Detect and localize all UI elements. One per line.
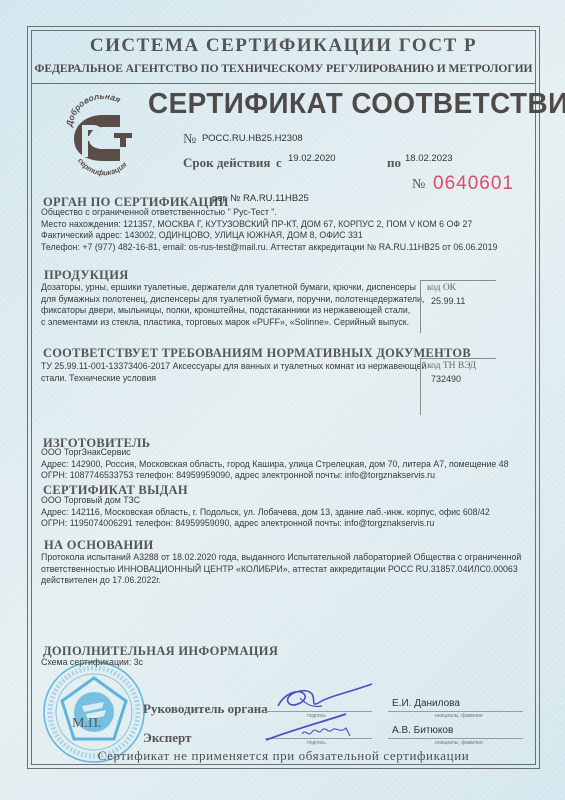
ok-code-box: код ОК 25.99.11 bbox=[420, 280, 496, 333]
ok-code-value: 25.99.11 bbox=[421, 295, 496, 307]
conformity-line: ТУ 25.99.11-001-13373406-2017 Аксессуары… bbox=[41, 361, 426, 373]
basis-line: Протокола испытаний А3288 от 18.02.2020 … bbox=[41, 552, 521, 564]
issued-to-line: ОГРН: 1195074006291 телефон: 84959959090… bbox=[41, 518, 490, 530]
valid-to-date: 18.02.2023 bbox=[405, 153, 453, 164]
basis-heading: НА ОСНОВАНИИ bbox=[44, 538, 154, 553]
head-name-caption: инициалы, фамилия bbox=[435, 713, 483, 719]
product-line: для бумажных полотенец, диспенсеры для т… bbox=[41, 294, 424, 306]
product-heading: ПРОДУКЦИЯ bbox=[44, 268, 129, 283]
tnved-code-box: код ТН ВЭД 732490 bbox=[420, 358, 496, 415]
validity-label: Срок действия bbox=[183, 155, 270, 171]
certification-body-line: Место нахождения: 121357, МОСКВА Г, КУТУ… bbox=[41, 219, 497, 231]
stamp-label: М.П. bbox=[72, 716, 102, 732]
cert-number-label: № bbox=[183, 132, 196, 148]
manufacturer-line: Адрес: 142900, Россия, Московская област… bbox=[41, 459, 509, 471]
certification-body-line: Телефон: +7 (977) 482-16-81, email: os-r… bbox=[41, 242, 497, 254]
manufacturer-line: ОГРН: 1087746533753 телефон: 84959959090… bbox=[41, 470, 509, 482]
issued-to-details: ООО Торговый дом ТЗС Адрес: 142116, Моск… bbox=[41, 495, 490, 530]
valid-to-label: по bbox=[387, 155, 401, 171]
ok-code-label: код ОК bbox=[421, 281, 496, 295]
voluntary-certification-notice: Сертификат не применяется при обязательн… bbox=[31, 748, 536, 764]
document-title: СЕРТИФИКАТ СООТВЕТСТВИЯ bbox=[148, 88, 565, 121]
issued-to-line: Адрес: 142116, Московская область, г. По… bbox=[41, 507, 490, 519]
manufacturer-details: ООО ТоргЗнакСервис Адрес: 142900, Россия… bbox=[41, 447, 509, 482]
expert-signature-icon bbox=[262, 712, 372, 744]
head-name-line bbox=[388, 711, 523, 712]
form-number-label: № bbox=[412, 177, 425, 193]
product-description: Дозаторы, урны, ершики туалетные, держат… bbox=[41, 282, 424, 328]
cert-number: РОСС.RU.НВ25.Н2308 bbox=[202, 133, 303, 144]
product-line: Дозаторы, урны, ершики туалетные, держат… bbox=[41, 282, 424, 294]
expert-name-line bbox=[388, 738, 523, 739]
product-line: фиксаторы двери, мыльницы, полки, кроншт… bbox=[41, 305, 424, 317]
head-name: Е.И. Данилова bbox=[392, 698, 460, 709]
issued-to-line: ООО Торговый дом ТЗС bbox=[41, 495, 490, 507]
manufacturer-line: ООО ТоргЗнакСервис bbox=[41, 447, 509, 459]
rst-logo-icon: Добровольная сертификация bbox=[62, 95, 144, 177]
basis-line: действителен до 17.06.2022г. bbox=[41, 575, 521, 587]
certification-scheme: Схема сертификации: 3с bbox=[41, 657, 143, 669]
certification-body-line: Фактический адрес: 143002, ОДИНЦОВО, УЛИ… bbox=[41, 230, 497, 242]
agency-name: ФЕДЕРАЛЬНОЕ АГЕНТСТВО ПО ТЕХНИЧЕСКОМУ РЕ… bbox=[31, 62, 536, 75]
product-line: с элементами из стекла, пластика, торгов… bbox=[41, 317, 424, 329]
conformity-standard: ТУ 25.99.11-001-13373406-2017 Аксессуары… bbox=[41, 361, 426, 384]
basis-line: ответственностью ИННОВАЦИОННЫЙ ЦЕНТР «КО… bbox=[41, 564, 521, 576]
expert-role-label: Эксперт bbox=[143, 730, 191, 746]
tnved-code-label: код ТН ВЭД bbox=[421, 359, 496, 373]
head-role-label: Руководитель органа bbox=[143, 701, 268, 717]
tnved-code-value: 732490 bbox=[421, 373, 496, 385]
certification-body-line: Общество с ограниченной ответственностью… bbox=[41, 207, 497, 219]
valid-from-label: с bbox=[276, 155, 282, 171]
conformity-heading: СООТВЕТСТВУЕТ ТРЕБОВАНИЯМ НОРМАТИВНЫХ ДО… bbox=[43, 346, 471, 361]
expert-name: А.В. Битюков bbox=[392, 725, 453, 736]
certification-body-reg-number: рег. № RA.RU.11НВ25 bbox=[212, 193, 309, 204]
header-divider bbox=[32, 83, 535, 84]
valid-from-date: 19.02.2020 bbox=[288, 153, 336, 164]
conformity-line: стали. Технические условия bbox=[41, 373, 426, 385]
system-title: СИСТЕМА СЕРТИФИКАЦИИ ГОСТ Р bbox=[31, 35, 536, 57]
basis-details: Протокола испытаний А3288 от 18.02.2020 … bbox=[41, 552, 521, 587]
certification-body-details: Общество с ограниченной ответственностью… bbox=[41, 207, 497, 253]
form-number: 0640601 bbox=[433, 173, 514, 195]
expert-name-caption: инициалы, фамилия bbox=[435, 740, 483, 746]
